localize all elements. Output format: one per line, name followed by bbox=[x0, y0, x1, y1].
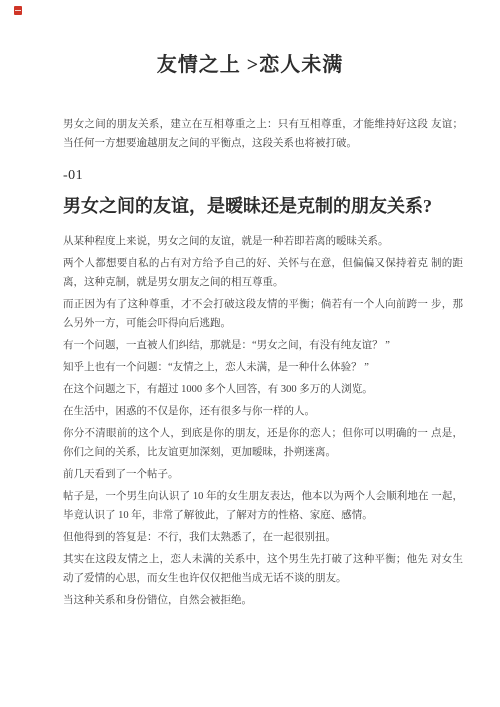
body-paragraph: 在这个问题之下，有超过 1000 多个人回答，有 300 多万的人浏览。 bbox=[63, 380, 463, 399]
page-title: 友情之上 >恋人未满 bbox=[0, 0, 500, 78]
article-body: 男女之间的朋友关系，建立在互相尊重之上：只有互相尊重，才能维持好这段 友谊；当任… bbox=[0, 115, 500, 610]
document-page: 友情之上 >恋人未满 男女之间的朋友关系，建立在互相尊重之上：只有互相尊重，才能… bbox=[0, 0, 500, 707]
body-paragraph: 当这种关系和身份错位，自然会被拒绝。 bbox=[63, 591, 463, 610]
body-paragraph: 前几天看到了一个帖子。 bbox=[63, 465, 463, 484]
body-paragraph: 其实在这段友情之上，恋人未满的关系中，这个男生先打破了这种平衡；他先 对女生动了… bbox=[63, 550, 463, 588]
body-paragraph: 在生活中，困惑的不仅是你，还有很多与你一样的人。 bbox=[63, 402, 463, 421]
body-paragraph: 从某种程度上来说，男女之间的友谊，就是一种若即若离的暧昧关系。 bbox=[63, 232, 463, 251]
section-number: -01 bbox=[63, 167, 463, 184]
body-paragraph: 帖子是，一个男生向认识了 10 年的女生朋友表达，他本以为两个人会顺利地在 一起… bbox=[63, 487, 463, 525]
section-heading: 男女之间的友谊，是暧昧还是克制的朋友关系? bbox=[63, 195, 463, 218]
intro-paragraph: 男女之间的朋友关系，建立在互相尊重之上：只有互相尊重，才能维持好这段 友谊；当任… bbox=[63, 115, 463, 153]
body-paragraph: 但他得到的答复是：不行，我们太熟悉了，在一起很别扭。 bbox=[63, 528, 463, 547]
red-seal-icon bbox=[14, 6, 22, 15]
body-paragraph: 知乎上也有一个问题：“友情之上，恋人未满，是一种什么体验？ ” bbox=[63, 358, 463, 377]
body-paragraph: 两个人都想要自私的占有对方给予自己的好、关怀与在意，但偏偏又保持着克 制的距离，… bbox=[63, 254, 463, 292]
body-paragraph: 而正因为有了这种尊重，才不会打破这段友情的平衡；倘若有一个人向前跨一 步，那么另… bbox=[63, 295, 463, 333]
body-paragraph: 有一个问题，一直被人们纠结，那就是：“男女之间，有没有纯友谊？ ” bbox=[63, 336, 463, 355]
body-paragraph: 你分不清眼前的这个人，到底是你的朋友，还是你的恋人；但你可以明确的一 点是，你们… bbox=[63, 424, 463, 462]
